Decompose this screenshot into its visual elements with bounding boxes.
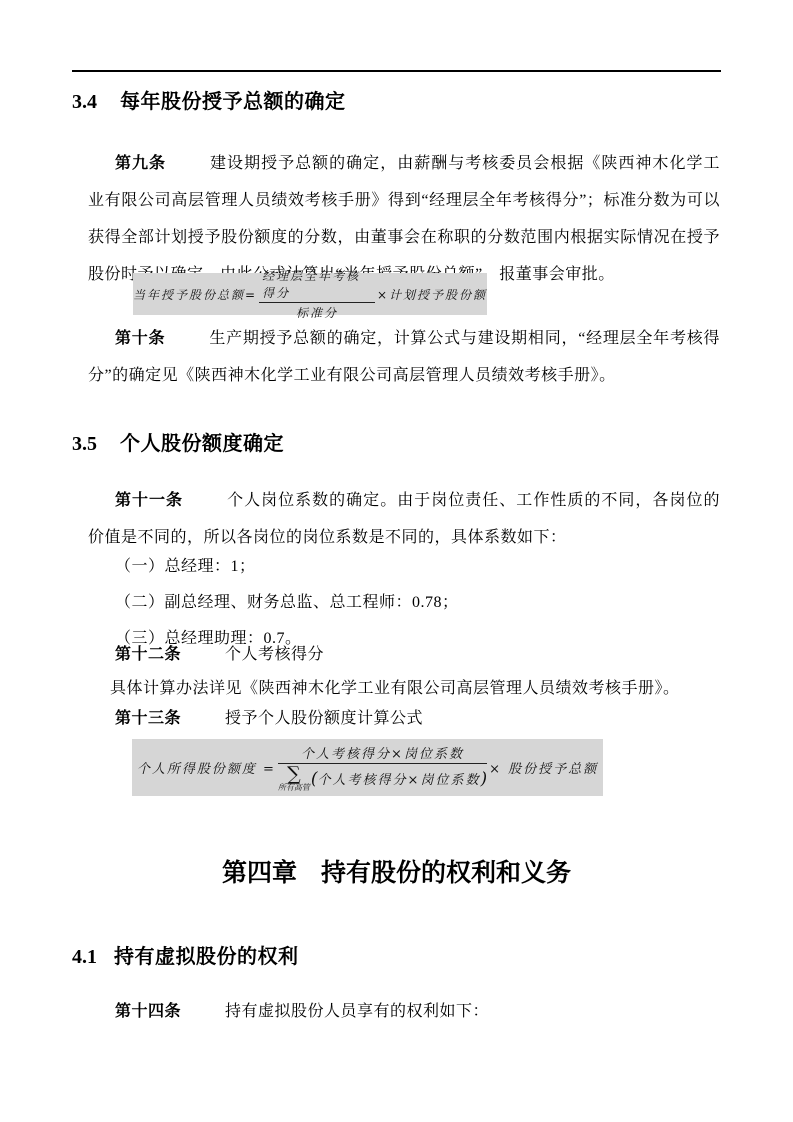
article-9-text: 建设期授予总额的确定，由薪酬与考核委员会根据《陕西神木化学工业有限公司高层管理人… [88, 155, 720, 283]
calculation-note: 具体计算办法详见《陕西神木化学工业有限公司高层管理人员绩效考核手册》。 [88, 674, 748, 704]
list-item: （二）副总经理、财务总监、总工程师：0.78； [88, 585, 720, 621]
formula-fraction: 个人考核得分×岗位系数∑所有高管(个人考核得分×岗位系数) [278, 743, 487, 792]
formula-denominator: 标准分 [296, 303, 338, 321]
section-number: 3.4 [72, 91, 97, 113]
chapter-title: 持有股份的权利和义务 [321, 860, 571, 887]
document-page: 3.4 每年股份授予总额的确定 第九条建设期授予总额的确定，由薪酬与考核委员会根… [0, 0, 793, 1122]
sigma-icon: ∑ [287, 765, 301, 783]
formula-rhs: ×计划授予股份额 [377, 286, 487, 303]
article-10-text: 生产期授予总额的确定，计算公式与建设期相同，“经理层全年考核得分”的确定见《陕西… [88, 330, 720, 384]
article-12-text: 个人考核得分 [225, 646, 324, 663]
formula-fraction: 经理层全年考核得分标准分 [259, 267, 375, 321]
section-heading-3-5: 3.5 个人股份额度确定 [72, 432, 284, 456]
article-14-label: 第十四条 [115, 1003, 181, 1020]
article-13-text: 授予个人股份额度计算公式 [225, 710, 423, 727]
article-9-label: 第九条 [115, 155, 166, 172]
formula-rhs: × 股份授予总额 [489, 758, 598, 777]
sigma-subscript: 所有高管 [278, 783, 310, 792]
section-number: 4.1 [72, 946, 97, 968]
section-title: 每年股份授予总额的确定 [120, 91, 346, 113]
formula-numerator: 个人考核得分×岗位系数 [298, 743, 467, 763]
article-9-paragraph: 第九条建设期授予总额的确定，由薪酬与考核委员会根据《陕西神木化学工业有限公司高层… [88, 145, 720, 293]
list-item: （一）总经理：1； [88, 549, 720, 585]
formula-individual-quota: 个人所得股份额度 =个人考核得分×岗位系数∑所有高管(个人考核得分×岗位系数)×… [132, 739, 603, 796]
formula-denominator: ∑所有高管(个人考核得分×岗位系数) [278, 763, 487, 792]
article-12-paragraph: 第十二条个人考核得分 [88, 640, 748, 670]
article-11-paragraph: 第十一条个人岗位系数的确定。由于岗位责任、工作性质的不同，各岗位的价值是不同的，… [88, 482, 720, 556]
section-heading-4-1: 4.1 持有虚拟股份的权利 [72, 945, 299, 969]
formula-lhs: 个人所得股份额度 = [137, 758, 276, 777]
open-paren: ( [311, 769, 318, 789]
chapter-4-heading: 第四章持有股份的权利和义务 [0, 858, 793, 891]
formula-numerator: 经理层全年考核得分 [259, 267, 375, 303]
article-13-label: 第十三条 [115, 710, 181, 727]
article-12-label: 第十二条 [115, 646, 181, 663]
formula-lhs: 当年授予股份总额= [133, 286, 257, 303]
section-number: 3.5 [72, 433, 97, 455]
article-10-paragraph: 第十条生产期授予总额的确定，计算公式与建设期相同，“经理层全年考核得分”的确定见… [88, 320, 720, 394]
chapter-number: 第四章 [222, 860, 297, 887]
section-heading-3-4: 3.4 每年股份授予总额的确定 [72, 90, 346, 114]
section-title: 个人股份额度确定 [120, 433, 284, 455]
denominator-text: 个人考核得分×岗位系数 [318, 769, 481, 788]
article-10-label: 第十条 [115, 330, 165, 347]
section-title: 持有虚拟股份的权利 [114, 946, 299, 968]
summation: ∑所有高管 [278, 765, 310, 792]
formula-annual-grant-total: 当年授予股份总额=经理层全年考核得分标准分×计划授予股份额 [133, 273, 487, 315]
article-13-paragraph: 第十三条授予个人股份额度计算公式 [88, 704, 748, 734]
article-14-text: 持有虚拟股份人员享有的权利如下： [225, 1003, 489, 1020]
article-11-label: 第十一条 [115, 492, 183, 509]
header-rule [72, 70, 721, 72]
article-14-paragraph: 第十四条持有虚拟股份人员享有的权利如下： [88, 997, 748, 1027]
close-paren: ) [480, 769, 487, 789]
